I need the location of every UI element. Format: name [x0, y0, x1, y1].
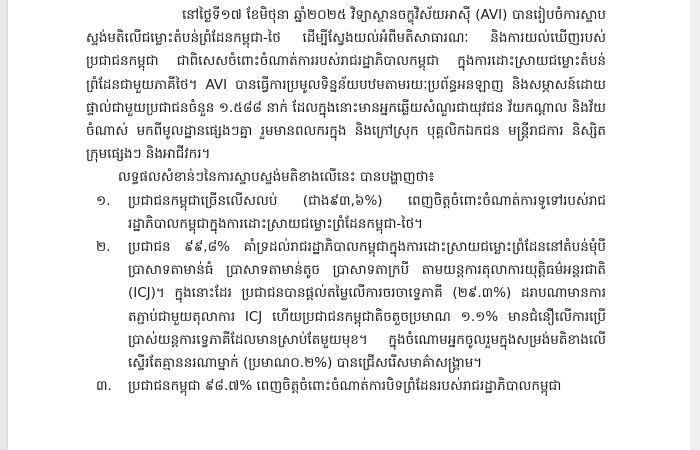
document-viewport: នៅថ្ងៃទី១៧ ខែមិថុនា ឆ្នាំ២០២៥ វិទ្យាស្ថា… [0, 0, 700, 450]
findings-intro: លទ្ធផលសំខាន់ៗនៃការស្ទាបស្ទង់មតិខាងលើនេះ … [86, 166, 606, 189]
finding-item-3: ៣. ប្រជាជនកម្ពុជា ៩៨.៧% ពេញចិត្តចំពោះចំណ… [86, 375, 606, 398]
finding-text: ប្រជាជនកម្ពុជាច្រើនលើសលប់ (ជាង៩៣,៦%) ពេញ… [128, 193, 606, 232]
finding-number: ៣. [96, 375, 112, 398]
finding-number: ២. [96, 236, 111, 259]
finding-text: ប្រជាជន ៩៩,៨% គាំទ្រដល់រាជរដ្ឋាភិបាលកម្ព… [128, 239, 606, 371]
finding-number: ១. [96, 190, 111, 213]
findings-list: ១. ប្រជាជនកម្ពុជាច្រើនលើសលប់ (ជាង៩៣,៦%) … [86, 190, 606, 399]
finding-text: ប្រជាជនកម្ពុជា ៩៨.៧% ពេញចិត្តចំពោះចំណាត់… [128, 378, 561, 394]
document-page: នៅថ្ងៃទី១៧ ខែមិថុនា ឆ្នាំ២០២៥ វិទ្យាស្ថា… [8, 0, 690, 450]
right-margin-edge [690, 0, 700, 450]
intro-paragraph: នៅថ្ងៃទី១៧ ខែមិថុនា ឆ្នាំ២០២៥ វិទ្យាស្ថា… [86, 4, 606, 166]
finding-item-2: ២. ប្រជាជន ៩៩,៨% គាំទ្រដល់រាជរដ្ឋាភិបាលក… [86, 236, 606, 375]
document-content: នៅថ្ងៃទី១៧ ខែមិថុនា ឆ្នាំ២០២៥ វិទ្យាស្ថា… [86, 4, 606, 398]
finding-item-1: ១. ប្រជាជនកម្ពុជាច្រើនលើសលប់ (ជាង៩៣,៦%) … [86, 190, 606, 236]
